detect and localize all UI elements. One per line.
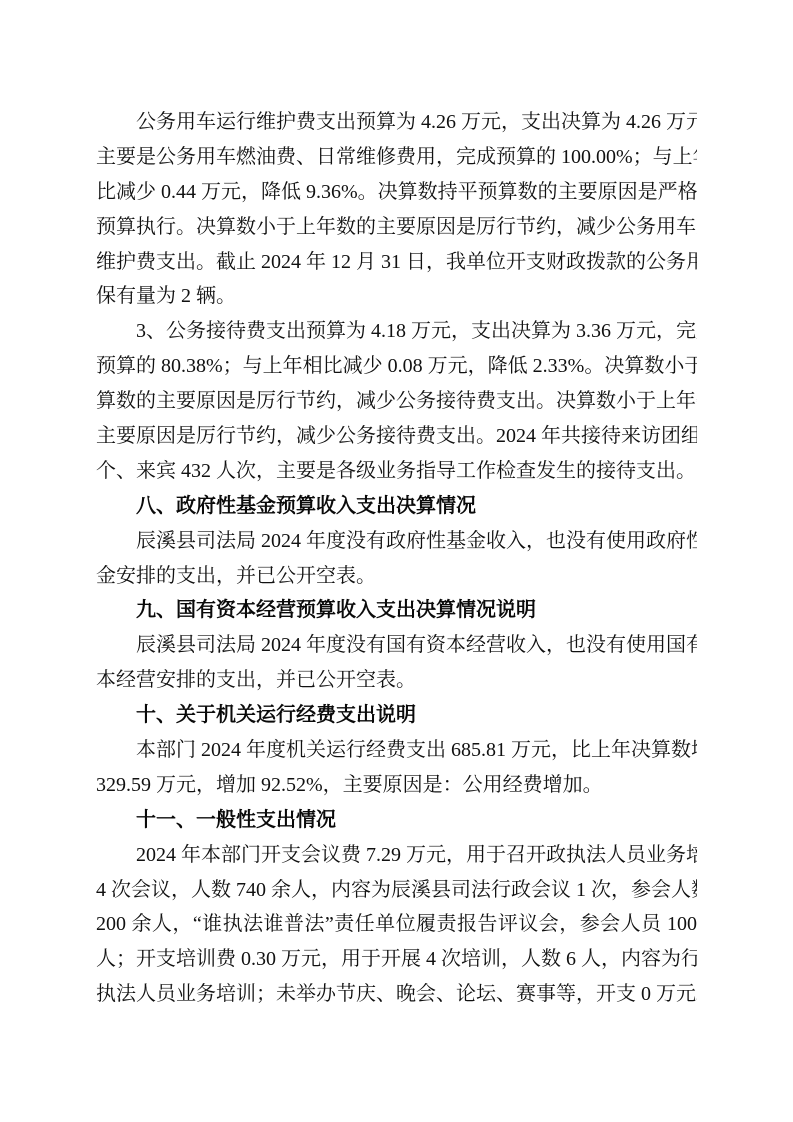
paragraph-line: 辰溪县司法局 2024 年度没有国有资本经营收入，也没有使用国有资 [96, 628, 697, 663]
paragraph-line: 4 次会议，人数 740 余人，内容为辰溪县司法行政会议 1 次，参会人数 [96, 873, 697, 908]
paragraph: 辰溪县司法局 2024 年度没有国有资本经营收入，也没有使用国有资本经营安排的支… [96, 628, 697, 698]
paragraph-line: 2024 年本部门开支会议费 7.29 万元，用于召开政执法人员业务培训 [96, 838, 697, 873]
paragraph-line: 主要原因是厉行节约，减少公务接待费支出。2024 年共接待来访团组 189 [96, 419, 697, 454]
section-heading: 九、国有资本经营预算收入支出决算情况说明 [96, 593, 697, 628]
paragraph-line: 本部门 2024 年度机关运行经费支出 685.81 万元，比上年决算数增加 [96, 733, 697, 768]
section-heading: 十一、一般性支出情况 [96, 803, 697, 838]
paragraph-line: 金安排的支出，并已公开空表。 [96, 559, 697, 594]
paragraph-line: 保有量为 2 辆。 [96, 279, 697, 314]
paragraph-line: 公务用车运行维护费支出预算为 4.26 万元，支出决算为 4.26 万元， [96, 105, 697, 140]
paragraph: 本部门 2024 年度机关运行经费支出 685.81 万元，比上年决算数增加32… [96, 733, 697, 803]
paragraph-line: 人；开支培训费 0.30 万元，用于开展 4 次培训，人数 6 人，内容为行政 [96, 942, 697, 977]
paragraph: 3、公务接待费支出预算为 4.18 万元，支出决算为 3.36 万元，完成预算的… [96, 314, 697, 488]
paragraph-line: 个、来宾 432 人次，主要是各级业务指导工作检查发生的接待支出。 [96, 454, 697, 489]
document-content: 公务用车运行维护费支出预算为 4.26 万元，支出决算为 4.26 万元，主要是… [96, 105, 697, 1012]
paragraph-line: 329.59 万元，增加 92.52%，主要原因是：公用经费增加。 [96, 768, 697, 803]
section-heading: 十、关于机关运行经费支出说明 [96, 698, 697, 733]
paragraph-line: 算数的主要原因是厉行节约，减少公务接待费支出。决算数小于上年数的 [96, 384, 697, 419]
paragraph-line: 3、公务接待费支出预算为 4.18 万元，支出决算为 3.36 万元，完成 [96, 314, 697, 349]
paragraph: 公务用车运行维护费支出预算为 4.26 万元，支出决算为 4.26 万元，主要是… [96, 105, 697, 314]
paragraph-line: 预算的 80.38%；与上年相比减少 0.08 万元，降低 2.33%。决算数小… [96, 349, 697, 384]
paragraph-line: 维护费支出。截止 2024 年 12 月 31 日，我单位开支财政拨款的公务用车 [96, 245, 697, 280]
paragraph-line: 预算执行。决算数小于上年数的主要原因是厉行节约，减少公务用车运行 [96, 210, 697, 245]
document-page: 公务用车运行维护费支出预算为 4.26 万元，支出决算为 4.26 万元，主要是… [0, 0, 793, 1122]
paragraph-line: 比减少 0.44 万元，降低 9.36%。决算数持平预算数的主要原因是严格按 [96, 175, 697, 210]
paragraph-line: 200 余人，“谁执法谁普法”责任单位履责报告评议会，参会人员 100 [96, 907, 697, 942]
paragraph: 辰溪县司法局 2024 年度没有政府性基金收入，也没有使用政府性基金安排的支出，… [96, 524, 697, 594]
section-heading: 八、政府性基金预算收入支出决算情况 [96, 489, 697, 524]
paragraph-line: 主要是公务用车燃油费、日常维修费用，完成预算的 100.00%；与上年相 [96, 140, 697, 175]
paragraph-line: 本经营安排的支出，并已公开空表。 [96, 663, 697, 698]
paragraph-line: 执法人员业务培训；未举办节庆、晚会、论坛、赛事等，开支 0 万元。 [96, 977, 697, 1012]
paragraph-line: 辰溪县司法局 2024 年度没有政府性基金收入，也没有使用政府性基 [96, 524, 697, 559]
paragraph: 2024 年本部门开支会议费 7.29 万元，用于召开政执法人员业务培训4 次会… [96, 838, 697, 1012]
